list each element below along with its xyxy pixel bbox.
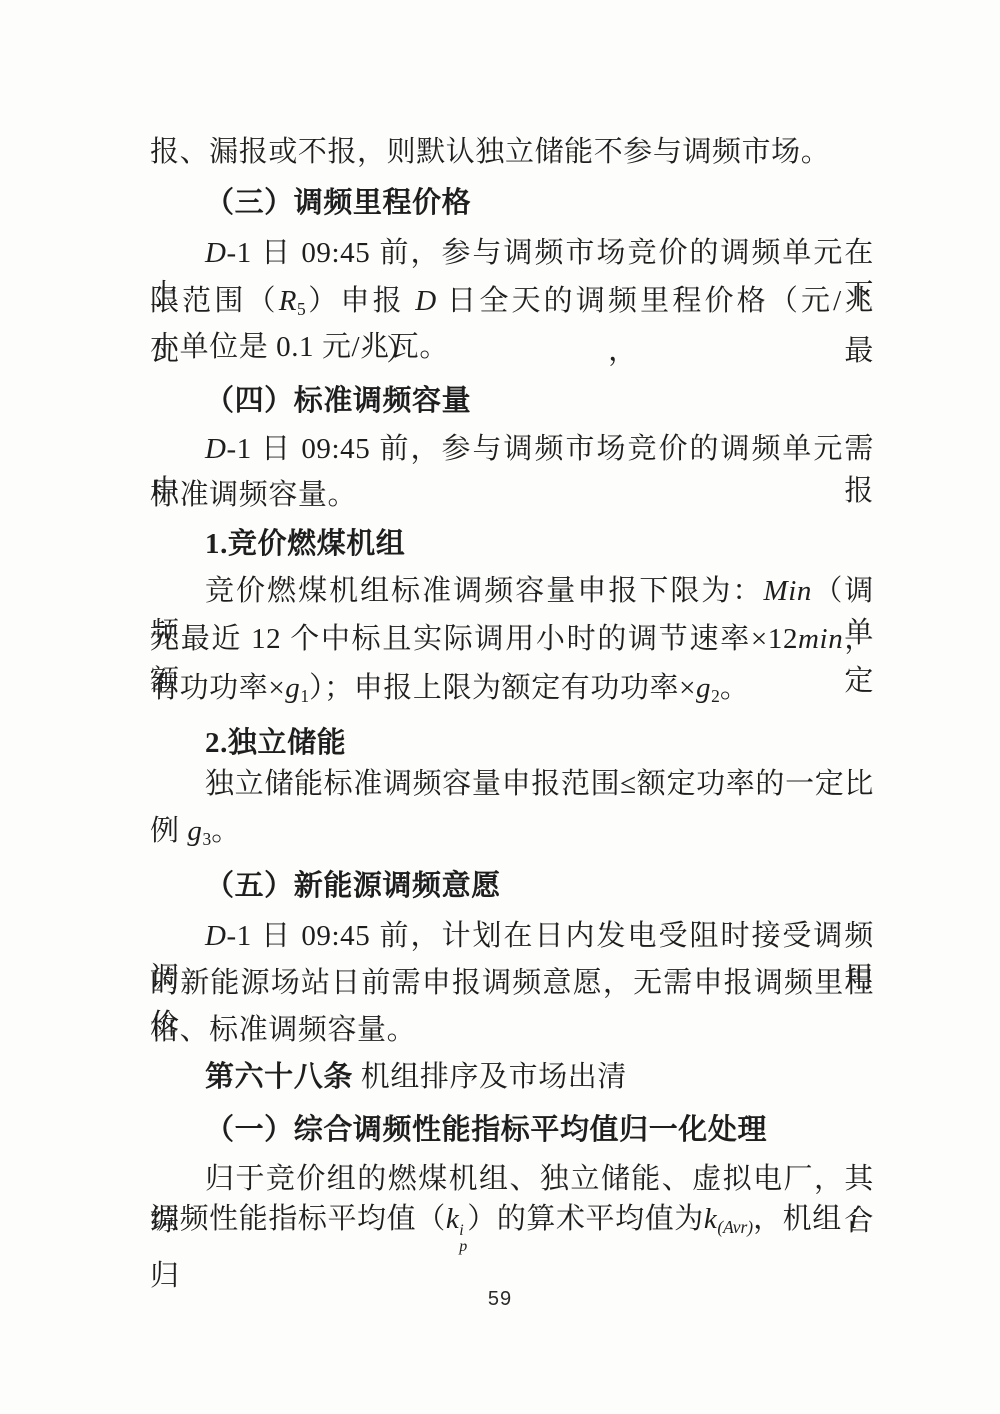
subsection-heading-1: 1.竞价燃煤机组: [150, 523, 874, 565]
text-segment: （四）标准调频容量: [205, 385, 471, 417]
document-page: 报、漏报或不报，则默认独立储能不参与调频市场。 （三）调频里程价格 D-1 日 …: [0, 0, 1000, 1414]
text-segment: 1.竞价燃煤机组: [205, 528, 405, 560]
text-line: 有功功率×g1）；申报上限为额定有功功率×g2。: [150, 667, 874, 717]
text-segment: （三）调频里程价格: [205, 187, 471, 219]
text-segment: i: [850, 1203, 859, 1235]
text-segment: 元最近 12 个中标且实际调用小时的调节速率×12: [150, 623, 798, 655]
text-segment: g: [187, 815, 202, 847]
text-segment: 小单位是 0.1 元/兆瓦。: [150, 331, 449, 363]
text-segment: min: [798, 623, 843, 655]
text-line: 例 g3。: [150, 810, 874, 860]
text-segment: 格、标准调频容量。: [150, 1014, 416, 1046]
subscript: (Avr): [717, 1217, 753, 1237]
text-segment: g: [285, 672, 300, 704]
text-segment: 2.独立储能: [205, 727, 346, 759]
subscript: p: [459, 1239, 467, 1255]
text-segment: g: [696, 672, 711, 704]
section-heading-1: （一）综合调频性能指标平均值归一化处理: [150, 1109, 874, 1151]
text-line: 格、标准调频容量。: [150, 1009, 874, 1051]
text-segment: ）；申报上限为额定有功功率×: [309, 672, 696, 704]
section-heading-5: （五）新能源调频意愿: [150, 865, 874, 907]
text-segment: 独立储能标准调频容量申报范围≤额定功率的一定比: [205, 768, 874, 800]
article-number: 第六十八条: [205, 1061, 353, 1093]
text-segment: 报、漏报或不报，则默认独立储能不参与调频市场。: [150, 136, 830, 168]
text-segment: （五）新能源调频意愿: [205, 870, 501, 902]
text-segment: R: [279, 285, 297, 317]
text-segment: D: [205, 433, 227, 465]
text-segment: ）申报: [306, 285, 416, 317]
text-line: 调频性能指标平均值（kip）的算术平均值为k(Avr)，机组 i 归: [150, 1198, 874, 1297]
text-segment: 调频性能指标平均值（: [150, 1203, 446, 1235]
text-segment: 。: [211, 815, 241, 847]
text-segment: 标准调频容量。: [150, 479, 357, 511]
text-line: 小单位是 0.1 元/兆瓦。: [150, 326, 874, 368]
section-heading-3: （三）调频里程价格: [150, 182, 874, 224]
text-segment: （一）综合调频性能指标平均值归一化处理: [205, 1114, 767, 1146]
subscript: 5: [297, 299, 306, 319]
section-heading-4: （四）标准调频容量: [150, 380, 874, 422]
text-segment: 有功功率×: [150, 672, 285, 704]
subsection-heading-2: 2.独立储能: [150, 722, 874, 764]
text-segment: 竞价燃煤机组标准调频容量申报下限为：: [205, 575, 763, 607]
text-segment: D: [205, 237, 227, 269]
superscript: i: [459, 1223, 463, 1239]
subscript: 2: [711, 686, 720, 706]
text-line: 独立储能标准调频容量申报范围≤额定功率的一定比: [150, 763, 874, 805]
subscript: 1: [300, 686, 309, 706]
text-segment: D: [415, 285, 437, 317]
text-segment: 。: [720, 672, 750, 704]
text-segment: Min: [763, 575, 811, 607]
formula-k: k: [704, 1203, 717, 1235]
article-title: 机组排序及市场出清: [353, 1061, 627, 1093]
subscript: 3: [203, 829, 212, 849]
text-line: 报、漏报或不报，则默认独立储能不参与调频市场。: [150, 131, 874, 173]
text-segment: 例: [150, 815, 187, 847]
article-68-heading: 第六十八条 机组排序及市场出清: [150, 1056, 874, 1098]
text-line: 标准调频容量。: [150, 474, 874, 516]
page-number: 59: [0, 1288, 1000, 1311]
text-segment: ）的算术平均值为: [467, 1203, 704, 1235]
text-segment: ，机组: [753, 1203, 850, 1235]
text-segment: D: [205, 920, 227, 952]
formula-k: k: [446, 1203, 459, 1235]
text-segment: 限范围（: [150, 285, 279, 317]
